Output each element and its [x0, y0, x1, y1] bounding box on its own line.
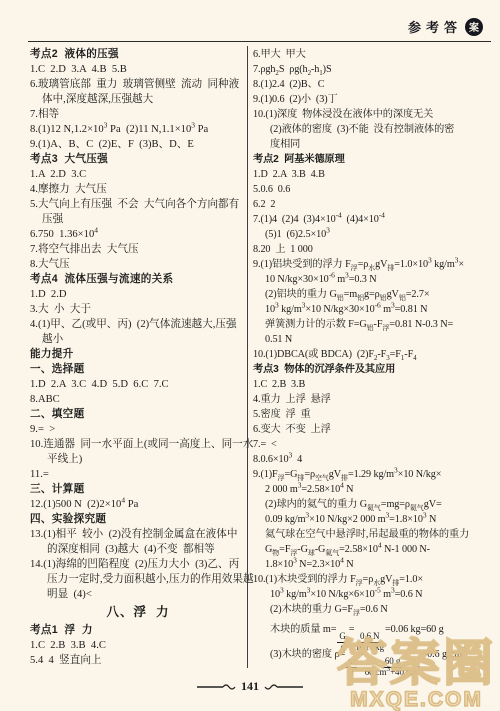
answer-line: 1.C 2.D 3.A 4.B 5.B	[30, 62, 246, 77]
answer-line: 10.连通器 同一水平面上(或同一高度上、同一水	[30, 437, 246, 452]
answer-line: 氦气球在空气中悬浮时,吊起最重的物体的重力	[253, 527, 485, 542]
fraction: mV	[346, 657, 357, 678]
answer-line: 1.C 2.B 3.B	[253, 377, 485, 392]
page-number-flourish-left-icon	[196, 682, 236, 692]
header-badge-circle: 案	[465, 18, 483, 36]
answer-line: 7.将空气排出去 大气压	[30, 242, 246, 257]
section-heading: 考点4 流体压强与流速的关系	[30, 272, 246, 287]
answer-line: 体中,深度越深,压强越大	[30, 92, 246, 107]
answer-line: 7.ρgh2S ρg(h2-h1)S	[253, 62, 485, 77]
section-heading: 三、计算题	[30, 482, 246, 497]
answer-line: 木块的质量 m=Gg=0.6 N10 N/kg=0.06 kg=60 g	[253, 617, 485, 642]
answer-line: 度相同	[253, 137, 485, 152]
answer-line: 4.(1)甲、乙(或甲、丙) (2)气体流速越大,压强	[30, 317, 246, 332]
answer-line: 6.750 1.36×104	[30, 227, 246, 242]
answer-line: 平线上)	[30, 452, 246, 467]
answer-line: 10 N/kg×30×10-6 m3=0.3 N	[253, 272, 485, 287]
answer-line: 103 kg/m3×10 N/kg×6×10-5 m3=0.6 N	[253, 587, 485, 602]
header-title: 参考答	[408, 17, 462, 36]
page-number-flourish-right-icon	[264, 682, 304, 692]
answer-line: 3.大 小 大于	[30, 302, 246, 317]
answer-line: 9.(1)A、B、C (2)E、F (3)B、D、E	[30, 137, 246, 152]
answer-line: 压强	[30, 212, 246, 227]
answer-line: 5.大气向上有压强 不会 大气向各个方向都有	[30, 197, 246, 212]
answer-line: 6.甲大 甲大	[253, 47, 485, 62]
section-heading: 四、实验探究题	[30, 512, 246, 527]
answer-line: 弹簧测力计的示数 F=G铝-F浮=0.81 N-0.3 N=	[253, 317, 485, 332]
answer-line: 1.D 2.D	[30, 287, 246, 302]
answer-line: (5)1 (6)2.5×103	[253, 227, 485, 242]
answer-line: 8.(1)12 N,1.2×103 Pa (2)11 N,1.1×103 Pa	[30, 122, 246, 137]
answer-line: (3)木块的密度 ρ=mV=60 g60 cm3+40 cm3=0.6 g/cm…	[253, 642, 485, 667]
answer-line: 9.(1)F浮=G排=ρ空气gV排=1.29 kg/m3×10 N/kg×	[253, 467, 485, 482]
answer-line: (2)球内的氦气的重力 G氦气=mg=ρ氦气gV=	[253, 497, 485, 512]
answer-line: 10.(1)木块受到的浮力 F浮=ρ水gV排=1.0×	[253, 572, 485, 587]
answer-line: G物=F浮-G球-G氦气=2.58×104 N-1 000 N-	[253, 542, 485, 557]
answer-line: 7.相等	[30, 107, 246, 122]
answer-line: 11.=	[30, 467, 246, 482]
section-heading: 一、选择题	[30, 362, 246, 377]
answer-line: 1.8×103 N=2.3×104 N	[253, 557, 485, 572]
answer-line: 8.0.6×103 4	[253, 452, 485, 467]
answer-line: (2)液体的密度 (3)不能 没有控制液体的密	[253, 122, 485, 137]
chapter-title: 八、浮 力	[30, 602, 246, 623]
header-badge-char: 案	[469, 19, 479, 34]
answer-line: 9.= >	[30, 422, 246, 437]
column-divider-line	[247, 46, 248, 668]
answer-line: 12.(1)500 N (2)2×104 Pa	[30, 497, 246, 512]
answer-line: 1.D 2.A 3.C 4.D 5.D 6.C 7.C	[30, 377, 246, 392]
answer-line: 1.D 2.A 3.B 4.B	[253, 167, 485, 182]
answer-line: 明显 (4)<	[30, 587, 246, 602]
answer-line: 8.ABC	[30, 392, 246, 407]
answer-line: 7.(1)4 (2)4 (3)4×10-4 (4)4×10-4	[253, 212, 485, 227]
answer-line: 9.(1)铝块受到的浮力 F浮=ρ水gV排=1.0×103 kg/m3×	[253, 257, 485, 272]
answer-line: (2)铝块的重力 G铝=m铝g=ρ铝gV铝=2.7×	[253, 287, 485, 302]
fraction: 60 g60 cm3+40 cm3	[365, 657, 421, 678]
page-number-block: 141	[0, 679, 500, 694]
answer-line: 的深度相同 (3)越大 (4)不变 都相等	[30, 542, 246, 557]
answer-line: 10.(1)深度 物体浸没在液体中的深度无关	[253, 107, 485, 122]
answer-line: 5.0.6 0.6	[253, 182, 485, 197]
answer-line: 4.摩擦力 大气压	[30, 182, 246, 197]
header-divider-line	[28, 41, 491, 42]
answer-line: 8.(1)2.4 (2)B、C	[253, 77, 485, 92]
right-column: 6.甲大 甲大7.ρgh2S ρg(h2-h1)S8.(1)2.4 (2)B、C…	[253, 47, 485, 667]
answer-line: 6.2 2	[253, 197, 485, 212]
answer-line: 越小	[30, 332, 246, 347]
page-header: 参考答 案	[408, 17, 483, 36]
answer-line: 8.大气压	[30, 257, 246, 272]
answer-line: 1.A 2.D 3.C	[30, 167, 246, 182]
section-heading: 考点2 阿基米德原理	[253, 152, 485, 167]
left-column: 考点2 液体的压强1.C 2.D 3.A 4.B 5.B6.玻璃管底部 重力 玻…	[30, 47, 246, 668]
answer-line: 0.09 kg/m3×10 N/kg×2 000 m3=1.8×103 N	[253, 512, 485, 527]
section-heading: 考点3 大气压强	[30, 152, 246, 167]
answer-line: 6.变大 不变 上浮	[253, 422, 485, 437]
answer-line: 4.重力 上浮 悬浮	[253, 392, 485, 407]
section-heading: 考点1 浮 力	[30, 623, 246, 638]
section-heading: 二、填空题	[30, 407, 246, 422]
answer-line: 压力一定时,受力面积越小,压力的作用效果越	[30, 572, 246, 587]
answer-line: 0.51 N	[253, 332, 485, 347]
answer-line: 14.(1)海绵的凹陷程度 (2)压力大小 (3)乙、丙	[30, 557, 246, 572]
answer-line: 9.(1)0.6 (2)小 (3)丁	[253, 92, 485, 107]
answer-line: (2)木块的重力 G=F浮=0.6 N	[253, 602, 485, 617]
answer-line: 13.(1)相平 较小 (2)没有控制金属盒在液体中	[30, 527, 246, 542]
answer-line: 10.(1)DBCA(或 BDCA) (2)F2-F3=F1-F4	[253, 347, 485, 362]
answer-book-page: 参考答 案 考点2 液体的压强1.C 2.D 3.A 4.B 5.B6.玻璃管底…	[0, 0, 500, 711]
section-heading: 考点2 液体的压强	[30, 47, 246, 62]
section-heading: 考点3 物体的沉浮条件及其应用	[253, 362, 485, 377]
answer-line: 103 kg/m3×10 N/kg×30×10-6 m3=0.81 N	[253, 302, 485, 317]
answer-line: 2 000 m3=2.58×104 N	[253, 482, 485, 497]
section-heading: 能力提升	[30, 347, 246, 362]
answer-line: 6.玻璃管底部 重力 玻璃管侧壁 流动 同种液	[30, 77, 246, 92]
page-number: 141	[241, 679, 259, 694]
answer-line: 1.C 2.B 3.B 4.C	[30, 638, 246, 653]
answer-line: 5.密度 浮 重	[253, 407, 485, 422]
answer-line: 8.20 上 1 000	[253, 242, 485, 257]
answer-line: 5.4 4 竖直向上	[30, 653, 246, 668]
